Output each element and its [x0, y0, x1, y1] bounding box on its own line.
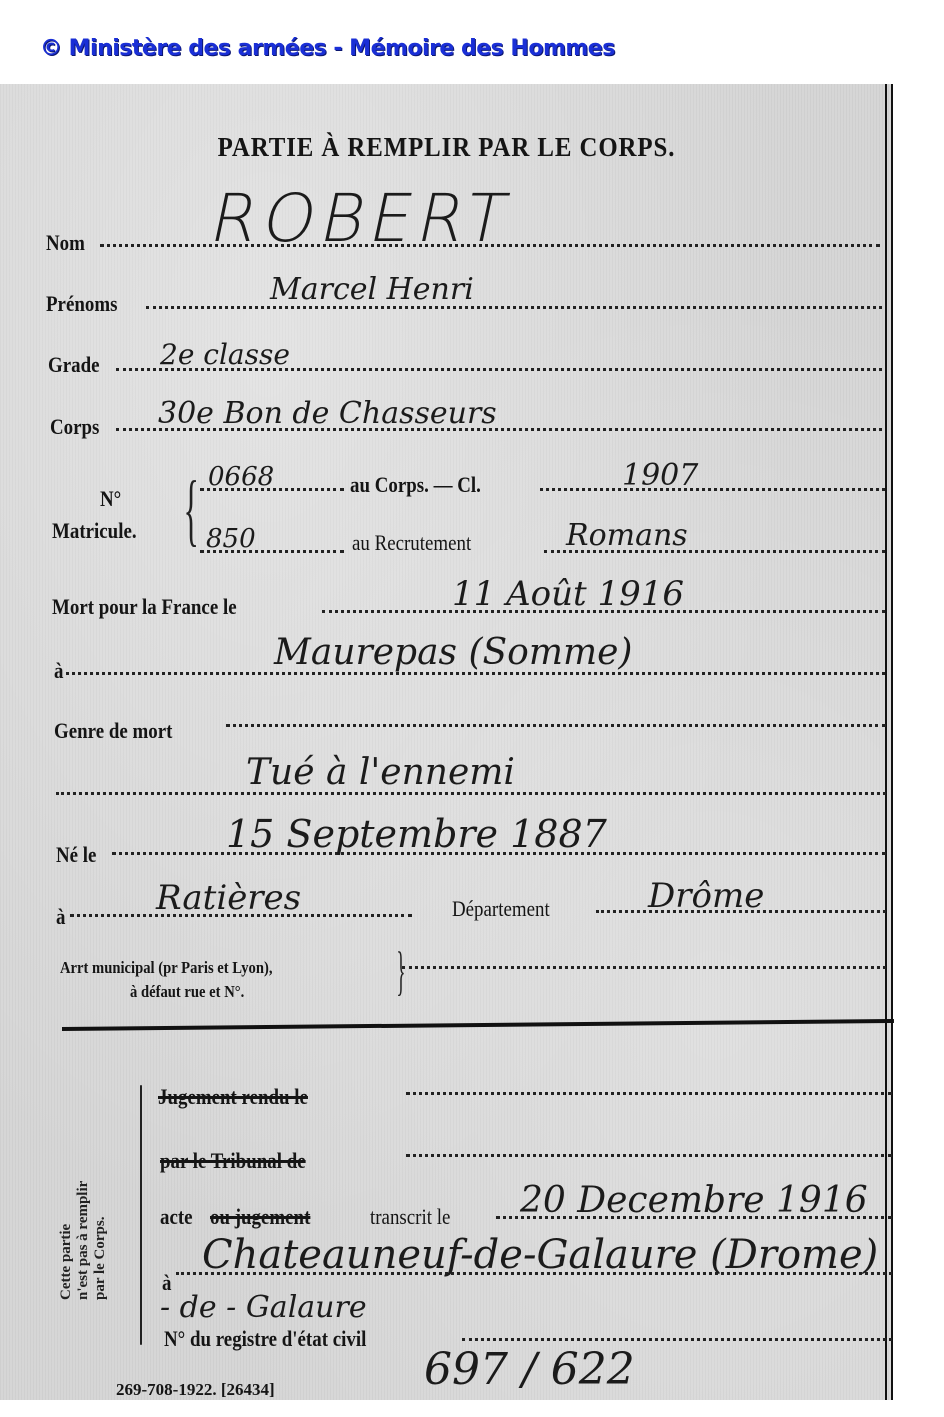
civil-a-value: Chateauneuf-de-Galaure (Drome): [202, 1232, 878, 1278]
classe-line: [540, 488, 885, 491]
grade-label: Grade: [48, 352, 100, 378]
form-title: PARTIE À REMPLIR PAR LE CORPS.: [36, 132, 858, 163]
copyright-watermark: © Ministère des armées - Mémoire des Hom…: [40, 36, 615, 61]
registre-value: 697 / 622: [424, 1344, 635, 1395]
recrutement-number-value: 850: [206, 524, 256, 554]
acte-prefix: acte: [160, 1204, 193, 1230]
mort-a-label: à: [54, 658, 63, 684]
arr-municipal-brace: }: [396, 944, 405, 998]
prenoms-label: Prénoms: [46, 291, 117, 317]
civil-section-side-note: Cette partie n'est pas à remplir par le …: [58, 1181, 109, 1300]
corps-classe-label: au Corps. — Cl.: [350, 472, 481, 498]
genre-de-mort-value: Tué à l'ennemi: [246, 752, 515, 793]
matricule-label-line1: N°: [100, 486, 121, 512]
jugement-label: Jugement rendu le: [158, 1084, 308, 1110]
tribunal-line: [406, 1154, 892, 1157]
matricule-label-line2: Matricule.: [52, 518, 137, 544]
transcrit-label: transcrit le: [370, 1204, 450, 1230]
side-note-line1: Cette partie: [58, 1181, 75, 1300]
mort-a-value: Maurepas (Somme): [274, 632, 632, 673]
card-edge-line: [885, 84, 887, 1400]
genre-de-mort-label: Genre de mort: [54, 718, 172, 744]
recrutement-label: au Recrutement: [352, 530, 471, 556]
ne-le-value: 15 Septembre 1887: [226, 812, 607, 856]
registre-line: [462, 1338, 892, 1341]
arr-municipal-line: [402, 966, 886, 969]
jugement-line: [406, 1092, 892, 1095]
prenoms-line: [146, 306, 882, 309]
prenoms-value: Marcel Henri: [270, 272, 474, 307]
corps-value: 30e Bon de Chasseurs: [158, 396, 497, 431]
ne-a-label: à: [56, 904, 65, 930]
recrutement-value: Romans: [566, 518, 688, 553]
ne-le-label: Né le: [56, 842, 96, 868]
mort-le-value: 11 Août 1916: [452, 574, 684, 614]
registre-label: N° du registre d'état civil: [164, 1326, 366, 1352]
ne-a-value: Ratières: [156, 878, 301, 918]
arr-municipal-label-line2: à défaut rue et N°.: [130, 982, 244, 1002]
classe-value: 1907: [622, 458, 698, 493]
transcrit-date-value: 20 Decembre 1916: [520, 1180, 868, 1221]
civil-a-value-line2: - de - Galaure: [160, 1290, 367, 1325]
tribunal-label: par le Tribunal de: [160, 1148, 306, 1174]
genre-de-mort-line: [226, 724, 886, 727]
arr-municipal-label-line1: Arrt municipal (pr Paris et Lyon),: [60, 958, 273, 978]
side-note-line2: n'est pas à remplir: [75, 1181, 92, 1300]
card-edge-line: [891, 84, 893, 1400]
acte-struck: ou jugement: [210, 1204, 310, 1230]
nom-value: ROBERT: [204, 180, 520, 257]
print-code: 269-708-1922. [26434]: [116, 1380, 275, 1400]
matricule-brace: {: [184, 470, 199, 550]
side-note-line3: par le Corps.: [92, 1181, 109, 1300]
nom-label: Nom: [46, 230, 85, 256]
corps-label: Corps: [50, 414, 99, 440]
corps-number-value: 0668: [208, 462, 274, 492]
mort-le-label: Mort pour la France le: [52, 594, 237, 620]
civil-section-brace: [140, 1085, 142, 1345]
departement-label: Département: [452, 896, 550, 922]
grade-value: 2e classe: [160, 338, 290, 371]
departement-value: Drôme: [648, 876, 764, 916]
